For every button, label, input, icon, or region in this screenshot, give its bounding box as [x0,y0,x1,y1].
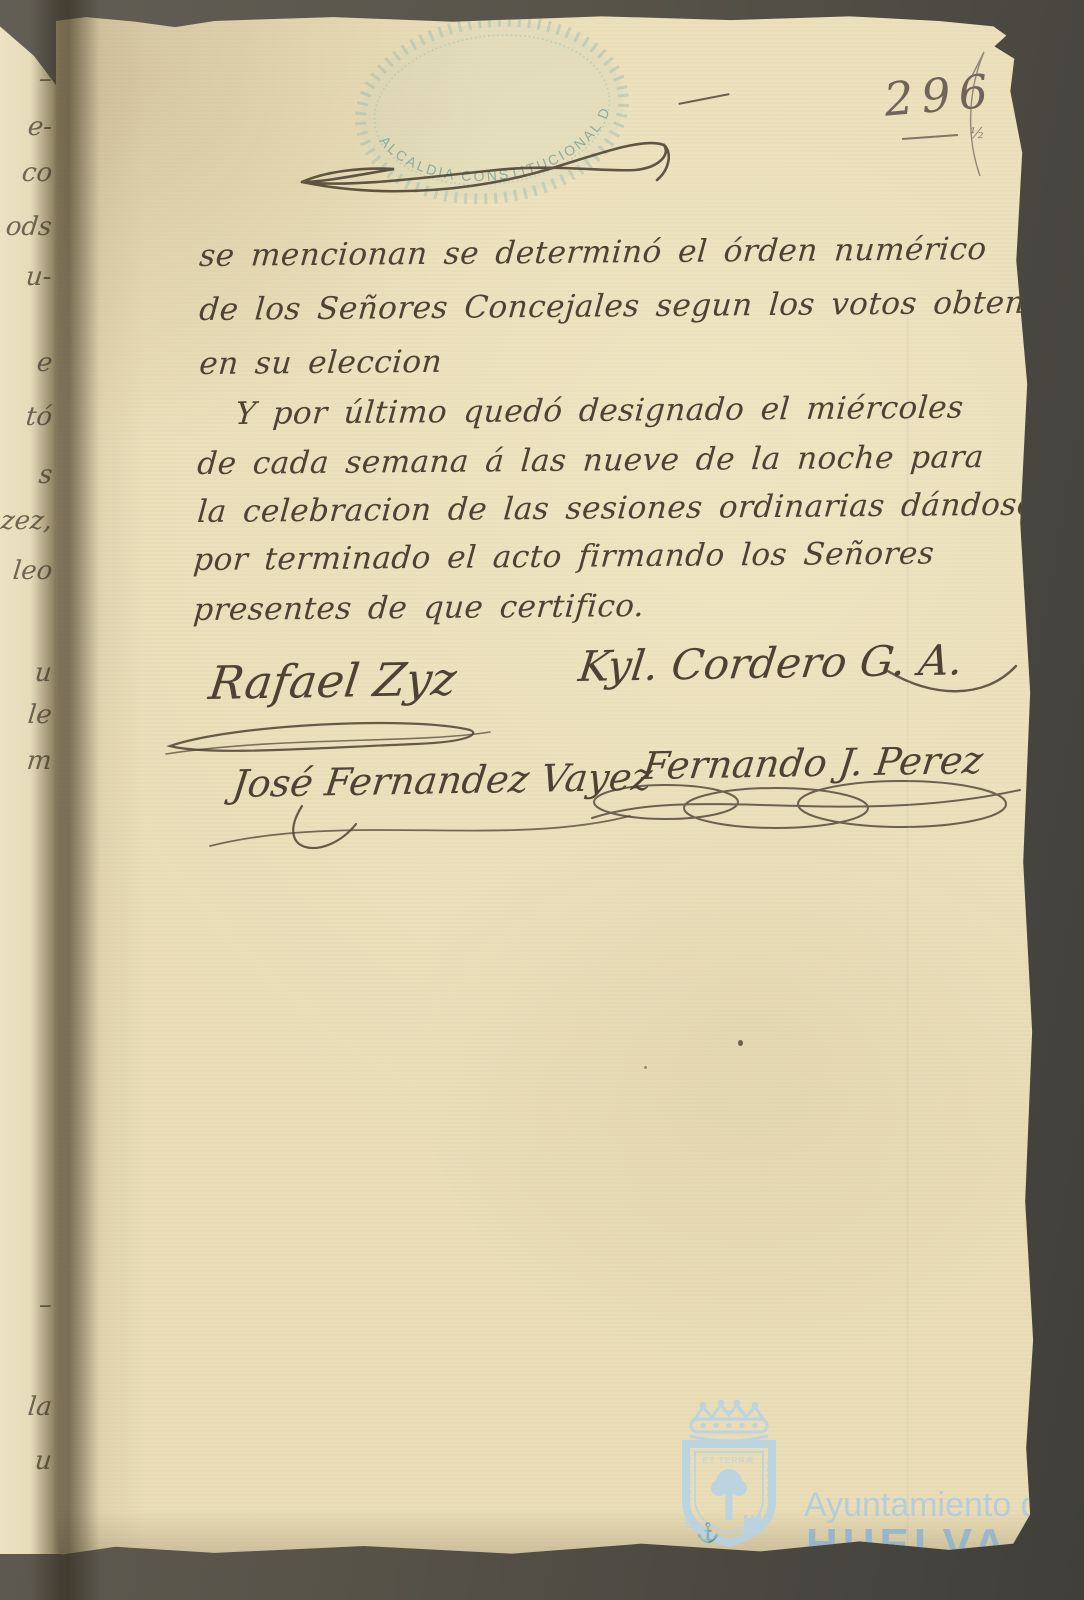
ink-speck [644,1066,647,1069]
manuscript-line: la celebracion de las sesiones ordinaria… [196,487,1037,530]
manuscript-line: se mencionan se determinó el órden numér… [198,231,988,274]
manuscript-line: Y por último quedó designado el miércole… [234,390,965,432]
manuscript-line: en su eleccion [198,344,444,382]
pen-dash-mark [678,93,729,105]
text-fragment: u [34,658,54,688]
text-fragment: la [27,1392,54,1422]
signature-flourish-icon [586,772,1026,844]
text-fragment: – [37,64,53,94]
shield-motto-right: CUSTODIA [765,1460,774,1509]
previous-page-edge: – e- co ods u- e tó s zez, leo u le m – … [0,0,62,1554]
text-fragment: m [26,746,54,776]
manuscript-line: presentes de que certifico. [192,588,646,628]
signature: Rafael Zyz [206,652,460,710]
corner-mark: ½ [970,124,985,142]
shield-motto-left: PORTUS MARIS [684,1455,693,1528]
folio-block: 296 ½ [878,62,1038,212]
archive-scan: – e- co ods u- e tó s zez, leo u le m – … [0,0,1084,1600]
text-fragment: e- [26,112,53,142]
text-fragment: u [34,1446,54,1476]
text-fragment: s [37,460,53,490]
shield-motto-top: ET TERRÆ [703,1455,756,1465]
manuscript-line: de los Señores Concejales segun los voto… [198,284,1084,328]
rubric-flourish-icon [294,122,680,206]
text-fragment: le [27,700,54,730]
text-fragment: co [20,158,53,188]
text-fragment: tó [24,402,53,432]
text-fragment: ods [5,212,54,242]
text-fragment: e [35,348,54,378]
signature-flourish-icon [206,802,636,864]
huelva-shield-icon: ET TERRÆ PORTUS MARIS CUSTODIA ⚓ [670,1398,788,1550]
pencil-stroke-icon [950,50,1000,180]
text-fragment: – [37,1290,53,1320]
text-fragment: leo [11,556,54,586]
manuscript-line: de cada semana á las nueve de la noche p… [196,439,985,482]
ink-speck [738,1040,743,1046]
manuscript-line: por terminado el acto firmando los Señor… [192,536,936,578]
archive-watermark: ET TERRÆ PORTUS MARIS CUSTODIA ⚓ Ayuntam… [654,1392,1074,1562]
text-fragment: zez, [0,506,54,536]
anchor-icon: ⚓ [696,1521,720,1544]
watermark-city-name: HUELVA [806,1520,1010,1570]
text-fragment: u- [25,262,54,292]
signature-flourish-icon [882,652,1022,712]
manuscript-page: ALCALDIA CONSTITUCIONAL DE HUELVA 296 ½ [56,14,1048,1556]
